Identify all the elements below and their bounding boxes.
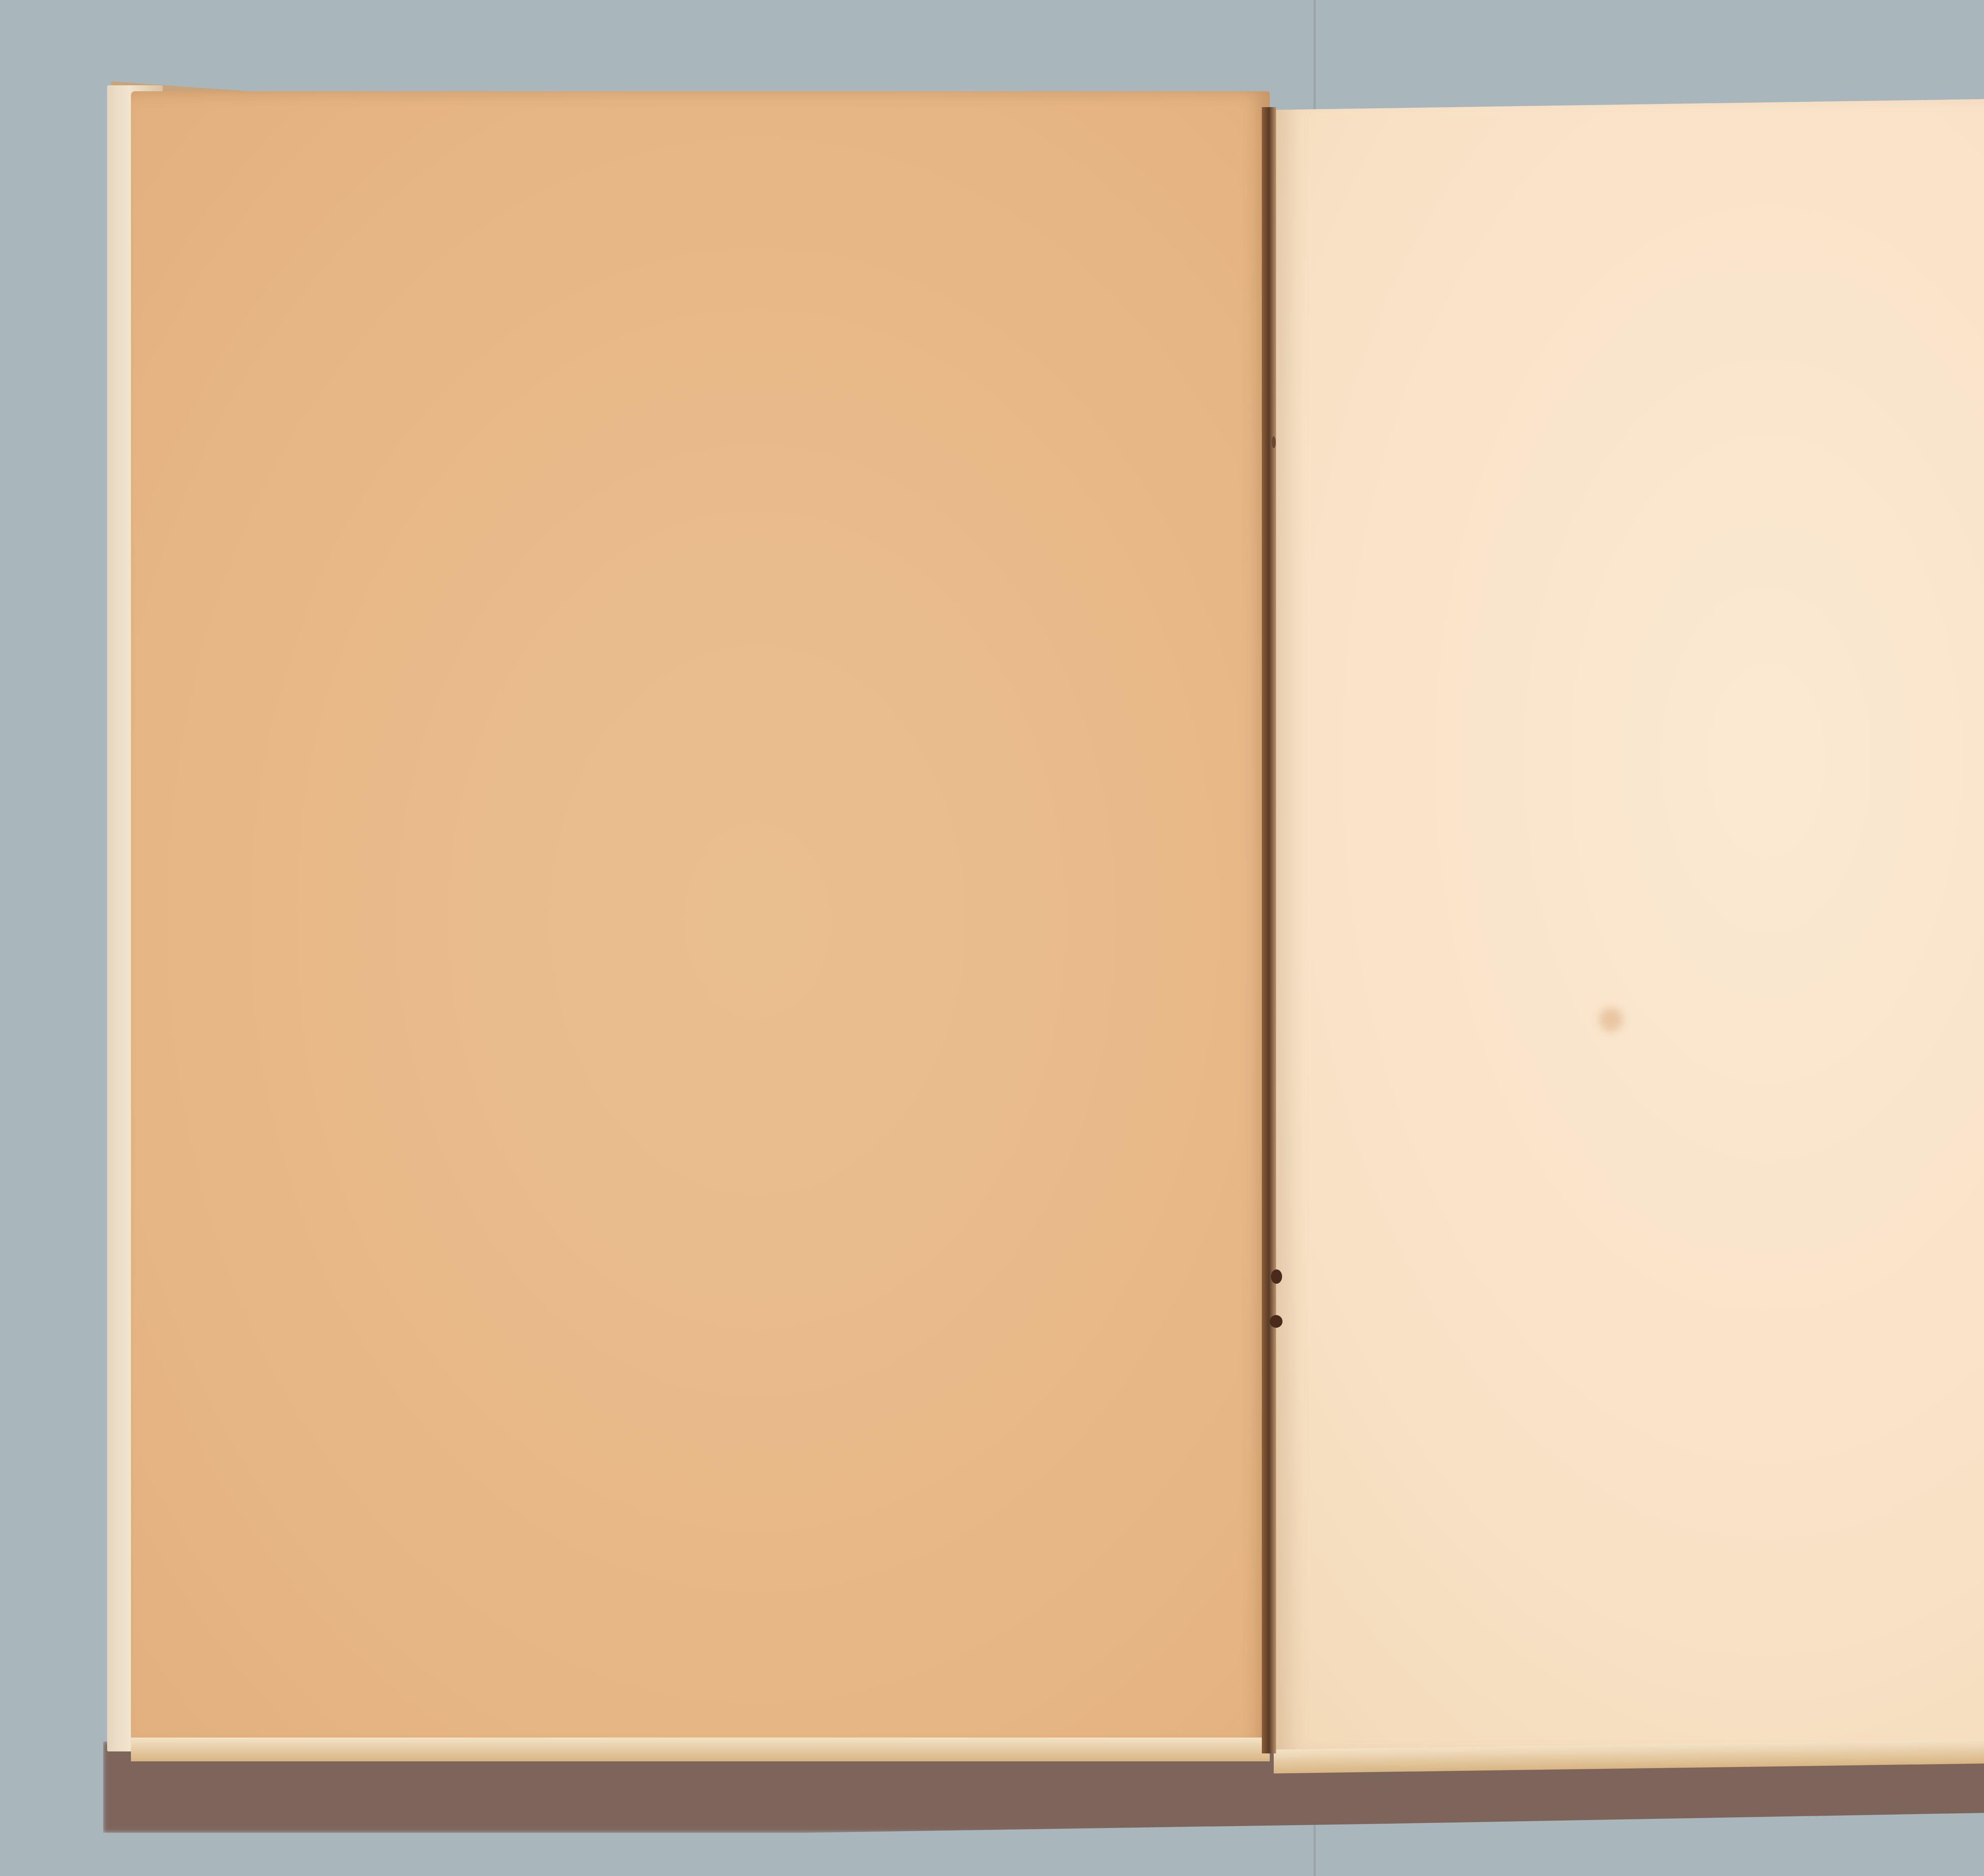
binding-stitch-mark <box>1270 1315 1282 1328</box>
left-page <box>131 91 1270 1749</box>
binding-stitch-mark <box>1272 436 1276 448</box>
book-gutter <box>1262 107 1276 1753</box>
foxing-stain <box>1599 1008 1623 1031</box>
photo-background: { "scene": { "description": "Open blank … <box>0 0 1984 1876</box>
left-page-bottom-edge <box>131 1738 1270 1761</box>
binding-stitch-mark <box>1271 1269 1282 1284</box>
right-page <box>1274 93 1984 1759</box>
